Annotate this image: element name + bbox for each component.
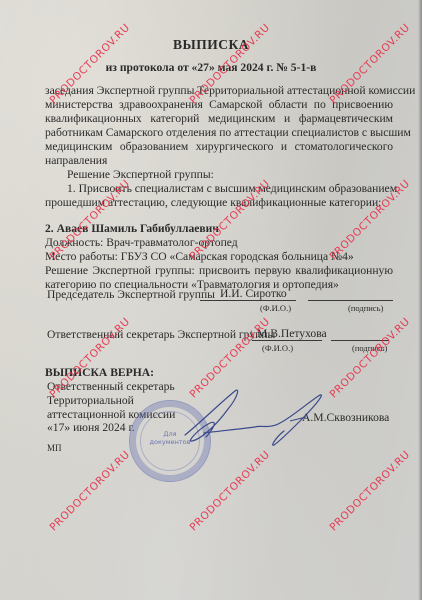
- watermark: PRODOCTOROV.RU: [320, 441, 420, 541]
- decision-heading: Решение Экспертной группы:: [67, 168, 214, 181]
- secretary-fio-caption: (Ф.И.О.): [262, 342, 293, 355]
- seal-mark: МП: [47, 442, 62, 455]
- chair-name-line: [200, 300, 296, 301]
- chair-signature-caption: (подпись): [348, 302, 383, 315]
- watermark: PRODOCTOROV.RU: [320, 308, 420, 408]
- certification-date: «17» июня 2024 г.: [47, 421, 135, 434]
- chair-label: Председатель Экспертной группы: [47, 288, 215, 301]
- watermark: PRODOCTOROV.RU: [40, 441, 140, 541]
- intro-line-4: работникам Самарского отделения по аттес…: [45, 126, 393, 139]
- specialist-decision-line-1: Решение Экспертной группы: присвоить пер…: [45, 264, 393, 277]
- intro-line-3: квалификационных категорий медицинским и…: [45, 112, 393, 125]
- chair-name: И.И. Сиротко: [220, 287, 287, 300]
- intro-line-5: медицинским образованием хирургического …: [45, 140, 393, 153]
- intro-line-6: направления: [45, 154, 393, 167]
- document-page: ВЫПИСКА из протокола от «27» мая 2024 г.…: [0, 0, 422, 600]
- chair-signature-line: [308, 300, 393, 301]
- page-edge-shadow: [418, 0, 422, 600]
- document-title: ВЫПИСКА: [0, 38, 422, 51]
- secretary-name-line: [252, 340, 322, 341]
